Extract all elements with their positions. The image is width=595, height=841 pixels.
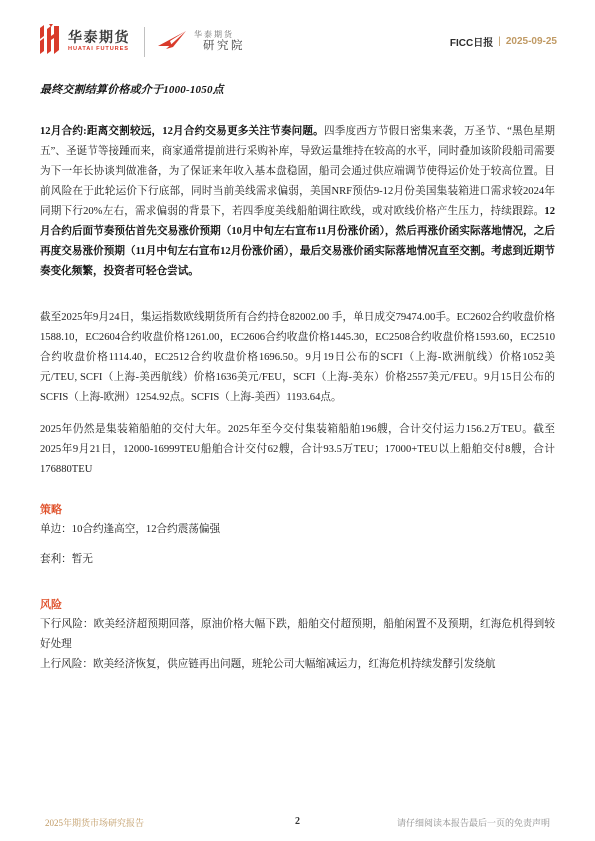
report-type-label: FICC日报 xyxy=(450,34,493,49)
institute-logo-line1: 华泰期货 xyxy=(194,31,245,39)
risk-downside: 下行风险：欧美经济超预期回落，原油价格大幅下跌，船舶交付超预期，船舶闲置不及预期… xyxy=(40,615,555,655)
report-meta: FICC日报 | 2025-09-25 xyxy=(450,34,557,49)
strategy-arbitrage: 套利：暂无 xyxy=(40,550,555,570)
huatai-logo-en: HUATAI FUTURES xyxy=(68,47,130,53)
strategy-heading: 策略 xyxy=(40,502,555,518)
risk-upside: 上行风险：欧美经济恢复，供应链再出问题，班轮公司大幅缩减运力，红海危机持续发酵引… xyxy=(40,655,555,675)
page-number: 2 xyxy=(45,816,550,827)
strategy-section: 策略 单边：10合约逢高空，12合约震荡偏强 套利：暂无 xyxy=(40,502,555,570)
page-footer: 2025年期货市场研究报告 2 请仔细阅读本报告最后一页的免责声明 xyxy=(45,816,550,829)
institute-logo-line2: 研究院 xyxy=(203,41,245,53)
risk-heading: 风险 xyxy=(40,597,555,613)
paragraph-contract-outlook: 12月合约:距离交割较远，12月合约交易更多关注节奏问题。四季度西方节假日密集来… xyxy=(40,122,555,282)
risk-section: 风险 下行风险：欧美经济超预期回落，原油价格大幅下跌，船舶交付超预期，船舶闲置不… xyxy=(40,597,555,675)
report-date: 2025-09-25 xyxy=(506,36,557,47)
paragraph-vessel-delivery: 2025年仍然是集装箱船舶的交付大年。2025年至今交付集装箱船舶196艘，合计… xyxy=(40,420,555,480)
page-header: 华泰期货 HUATAI FUTURES 华泰期货 研究院 FICC日报 | 20… xyxy=(40,24,557,59)
p1-bold-lead: 12月合约:距离交割较远，12月合约交易更多关注节奏问题。 xyxy=(40,126,324,137)
article-title: 最终交割结算价格或介于1000-1050点 xyxy=(40,81,555,97)
huatai-futures-logo: 华泰期货 HUATAI FUTURES xyxy=(40,24,130,59)
research-institute-logo: 华泰期货 研究院 xyxy=(157,28,245,55)
huatai-logo-text: 华泰期货 HUATAI FUTURES xyxy=(68,30,130,53)
institute-logo-text: 华泰期货 研究院 xyxy=(194,31,245,53)
report-meta-separator: | xyxy=(498,36,501,47)
institute-arrow-icon xyxy=(157,28,189,55)
strategy-unilateral: 单边：10合约逢高空，12合约震荡偏强 xyxy=(40,520,555,540)
report-page: 华泰期货 HUATAI FUTURES 华泰期货 研究院 FICC日报 | 20… xyxy=(0,0,595,841)
paragraph-market-data: 截至2025年9月24日，集运指数欧线期货所有合约持仓82002.00 手，单日… xyxy=(40,308,555,408)
header-divider xyxy=(144,27,145,57)
huatai-logo-cn: 华泰期货 xyxy=(68,30,130,44)
huatai-logo-icon xyxy=(40,24,62,59)
p1-body: 四季度西方节假日密集来袭，万圣节、“黑色星期五”、圣诞节等接踵而来，商家通常提前… xyxy=(40,126,555,217)
report-body: 最终交割结算价格或介于1000-1050点 12月合约:距离交割较远，12月合约… xyxy=(40,81,555,675)
